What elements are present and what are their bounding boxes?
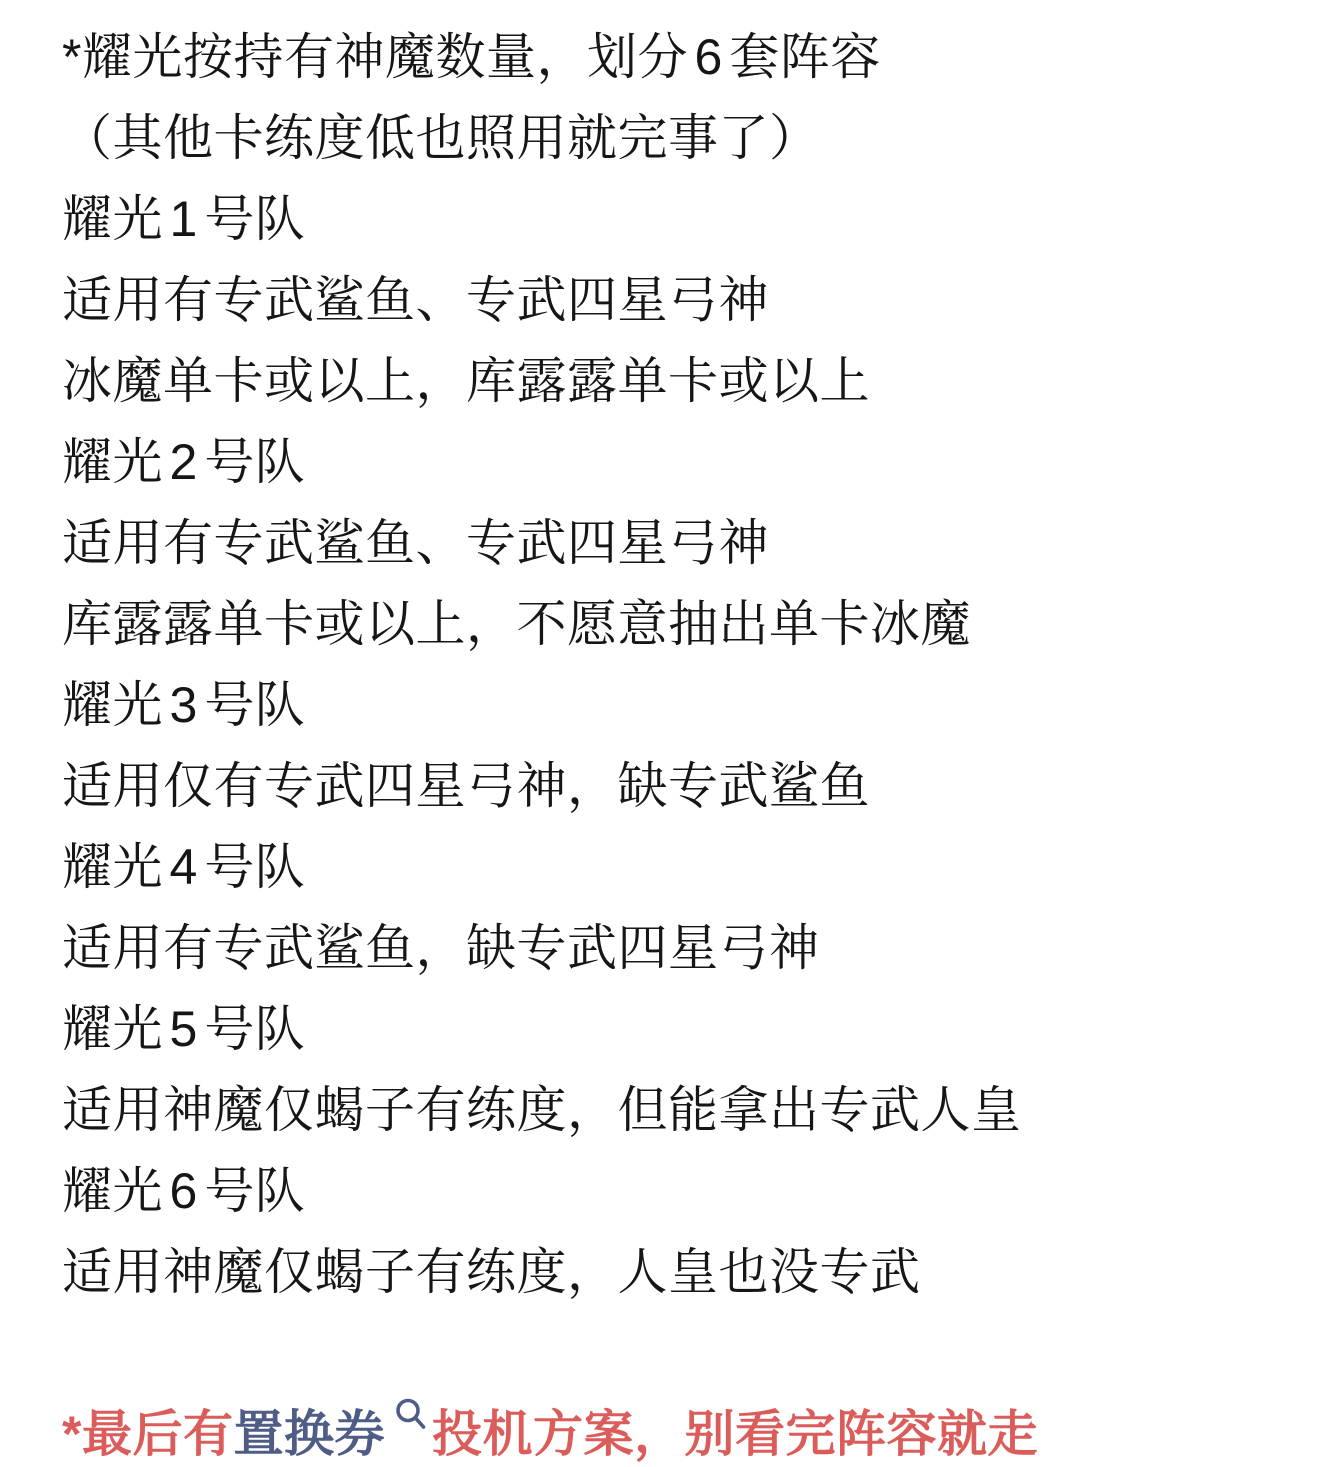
text-line: 冰魔单卡或以上，库露露单卡或以上 [62, 341, 1280, 422]
search-icon[interactable] [394, 1397, 427, 1434]
text-line: 耀光5号队 [62, 989, 1280, 1070]
text-line: 适用仅有专武四星弓神，缺专武鲨鱼 [62, 746, 1280, 827]
text-line: 库露露单卡或以上，不愿意抽出单卡冰魔 [62, 584, 1280, 665]
blank-line [62, 1313, 1280, 1394]
text-line: 耀光2号队 [62, 422, 1280, 503]
text-line: 适用有专武鲨鱼，缺专武四星弓神 [62, 908, 1280, 989]
text-line: 耀光3号队 [62, 665, 1280, 746]
text-line: （其他卡练度低也照用就完事了） [62, 98, 1280, 179]
text-line: 耀光1号队 [62, 179, 1280, 260]
footnote-prefix: *最后有 [62, 1406, 233, 1462]
text-line: *耀光按持有神魔数量，划分6套阵容 [62, 17, 1280, 98]
strategy-notes: *耀光按持有神魔数量，划分6套阵容（其他卡练度低也照用就完事了）耀光1号队适用有… [62, 17, 1280, 1313]
footnote-suffix: 投机方案，别看完阵容就走 [432, 1406, 1038, 1462]
article-page: *耀光按持有神魔数量，划分6套阵容（其他卡练度低也照用就完事了）耀光1号队适用有… [0, 0, 1320, 1467]
search-keyword-link[interactable]: 置换券 [233, 1406, 385, 1462]
text-line: 适用神魔仅蝎子有练度，但能拿出专武人皇 [62, 1070, 1280, 1151]
text-line: 适用神魔仅蝎子有练度，人皇也没专武 [62, 1232, 1280, 1313]
text-line: 耀光6号队 [62, 1151, 1280, 1232]
text-line: 适用有专武鲨鱼、专武四星弓神 [62, 260, 1280, 341]
text-line: 适用有专武鲨鱼、专武四星弓神 [62, 503, 1280, 584]
footnote-line: *最后有置换券 投机方案，别看完阵容就走 [62, 1394, 1280, 1467]
text-line: 耀光4号队 [62, 827, 1280, 908]
